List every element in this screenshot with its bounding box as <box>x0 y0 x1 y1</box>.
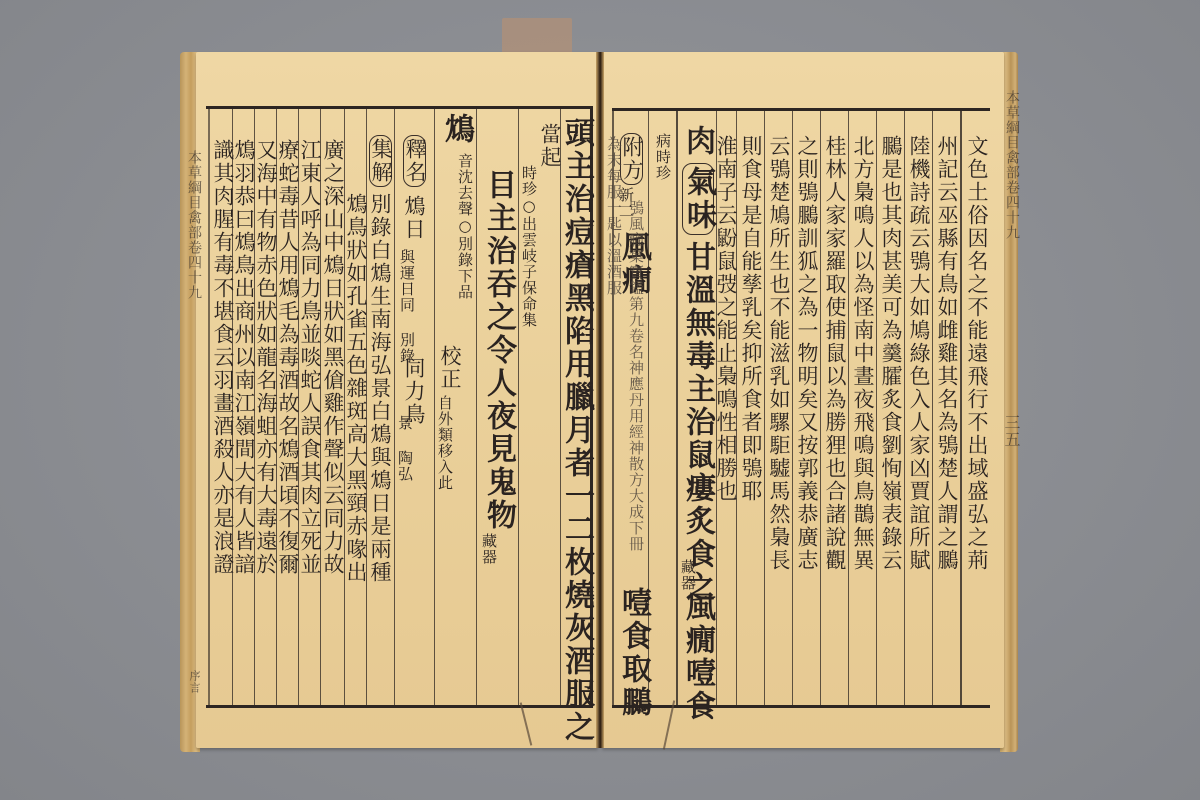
column-r8: 云鴞楚鳩所生也不能滋乳如騾駏驉馬然梟長 <box>764 111 793 705</box>
column-note: 自外類移入此 <box>437 395 452 491</box>
column-text: 噎食取鵩 <box>618 587 648 719</box>
left-footer-mark: 序言 <box>186 670 202 694</box>
column-note: 景 陶弘 <box>397 415 412 482</box>
column-text: 當起 <box>539 123 560 169</box>
column-r4: 鵩是也其肉甚美可為羹臛炙食劉恂嶺表錄云 <box>876 111 905 705</box>
column-text: 為末每服一匙以溫酒服 <box>606 136 621 296</box>
column-note: 音沈去聲○別錄下品 <box>457 153 472 300</box>
column-9: 江東人呼為同力鳥並啖蛇人誤食其肉立死並 <box>298 109 321 705</box>
column-r10: 淮南子云鼢鼠弢之能止梟鳴性相勝也 <box>716 111 737 705</box>
column-13: 識其肉腥有毒不堪食云羽畫酒殺人亦是浪證 <box>208 109 234 705</box>
entry-heading-zhen: 鴆 <box>441 113 471 146</box>
book-gutter <box>596 52 604 748</box>
left-page-text-frame: 頭主治痘瘡黑陷用臘月者一二枚燒灰酒服之 當起 時珍○出雲岐子保命集 目主治吞之令… <box>206 106 593 708</box>
right-margin-banner: 本草綱目禽部卷四十九 <box>1002 90 1022 330</box>
column-text: 鴞風癇窠寶鑑第九卷名神應丹用經神散方大成下冊 <box>628 200 643 552</box>
column-text: 文色土俗因名之不能遠飛行不出域盛弘之荊 <box>966 135 987 572</box>
column-text: 鴆日 <box>403 195 424 241</box>
column-3: 目主治吞之令人夜見鬼物 藏器 <box>476 109 519 705</box>
fufang-label: 附方 <box>620 133 643 185</box>
column-r1: 文色土俗因名之不能遠飛行不出域盛弘之荊 <box>960 111 992 705</box>
jijie-label: 集解 <box>369 135 392 187</box>
column-text: 廣之深山中鴆日狀如黑傖雞作聲似云同力故 <box>322 139 343 576</box>
column-r5: 北方梟鳴人以為怪南中晝夜飛鳴與鳥鵲無異 <box>848 111 877 705</box>
column-text: 北方梟鳴人以為怪南中晝夜飛鳴與鳥鵲無異 <box>852 135 873 572</box>
column-text: 則食母是自能孳乳矣抑所食者即鴞耶 <box>740 135 761 503</box>
column-text: 頭主治痘瘡黑陷用臘月者一二枚燒灰酒服之 <box>561 117 591 744</box>
column-7: 鴆鳥狀如孔雀五色雜斑高大黑頸赤喙出 <box>344 109 367 705</box>
column-1: 頭主治痘瘡黑陷用臘月者一二枚燒灰酒服之 <box>560 109 591 705</box>
column-text: 鵩是也其肉甚美可為羹臛炙食劉恂嶺表錄云 <box>880 135 901 572</box>
column-r3: 陸機詩疏云鴞大如鳩綠色入人家凶賈誼所賦 <box>904 111 933 705</box>
column-note: 與運日同 別錄 <box>399 249 414 364</box>
column-text: 鴆羽恭曰鴆鳥出商州以南江嶺間大有人皆諳 <box>233 139 254 576</box>
column-r6: 桂林人家家羅取使捕鼠以為勝狸也合諸說觀 <box>820 111 849 705</box>
column-text: 目主治吞之令人夜見鬼物 <box>483 169 513 532</box>
column-r7: 之則鴞鵩訓狐之為一物明矣又按郭義恭廣志 <box>792 111 821 705</box>
column-11: 又海中有物赤色狀如龍名海蛆亦有大毒遠於 <box>254 109 277 705</box>
column-r12: 病時珍 <box>648 111 677 705</box>
column-6: 集解 別錄白鴆生南海弘景白鴆與鴆日是兩種 <box>366 109 395 705</box>
jiaozheng-label: 校正 <box>439 345 460 391</box>
column-2: 當起 時珍○出雲岐子保命集 <box>518 109 561 705</box>
column-r11: 肉 氣味 甘溫無毒主治鼠瘻炙食之 藏器 風癇噎食 <box>676 111 718 705</box>
right-page-text-frame: 文色土俗因名之不能遠飛行不出域盛弘之荊 州記云巫縣有鳥如雌雞其名為鴞楚人謂之鵩 … <box>612 108 990 708</box>
column-5: 釋名 鴆日 與運日同 別錄 同力鳥 景 陶弘 <box>394 109 435 705</box>
column-note: 藏器 <box>680 559 695 591</box>
column-10: 療蛇毒昔人用鴆毛為毒酒故名鴆酒頃不復爾 <box>276 109 299 705</box>
column-r2: 州記云巫縣有鳥如雌雞其名為鴞楚人謂之鵩 <box>932 111 961 705</box>
column-text: 又海中有物赤色狀如龍名海蛆亦有大毒遠於 <box>255 139 276 576</box>
column-4: 鴆 音沈去聲○別錄下品 校正 自外類移入此 <box>434 109 477 705</box>
left-margin-banner: 本草綱目禽部卷四十九 <box>184 150 204 650</box>
column-text: 病時珍 <box>655 133 670 181</box>
column-12: 鴆羽恭曰鴆鳥出商州以南江嶺間大有人皆諳 <box>232 109 255 705</box>
column-text: 鴆鳥狀如孔雀五色雜斑高大黑頸赤喙出 <box>345 193 366 584</box>
column-note: 時珍○出雲岐子保命集 <box>521 165 536 328</box>
page-number: 三五 <box>1000 414 1023 448</box>
column-text: 識其肉腥有毒不堪食云羽畫酒殺人亦是浪證 <box>212 139 233 576</box>
collector-seal <box>502 18 572 54</box>
column-text: 甘溫無毒主治鼠瘻炙食之 <box>682 241 712 604</box>
column-text: 淮南子云鼢鼠弢之能止梟鳴性相勝也 <box>715 135 736 503</box>
entry-heading-meat: 肉 <box>682 125 712 158</box>
column-text: 別錄白鴆生南海弘景白鴆與鴆日是兩種 <box>369 193 390 584</box>
column-text: 風癇噎食 <box>682 591 712 723</box>
column-text: 州記云巫縣有鳥如雌雞其名為鴞楚人謂之鵩 <box>936 135 957 572</box>
column-text: 江東人呼為同力鳥並啖蛇人誤食其肉立死並 <box>299 139 320 576</box>
column-text: 云鴞楚鳩所生也不能滋乳如騾駏驉馬然梟長 <box>768 135 789 572</box>
column-text: 桂林人家家羅取使捕鼠以為勝狸也合諸說觀 <box>824 135 845 572</box>
column-text: 療蛇毒昔人用鴆毛為毒酒故名鴆酒頃不復爾 <box>277 139 298 576</box>
column-8: 廣之深山中鴆日狀如黑傖雞作聲似云同力故 <box>320 109 345 705</box>
shiming-label: 釋名 <box>403 135 426 187</box>
column-note: 藏器 <box>481 533 496 565</box>
qiwei-label: 氣味 <box>682 163 714 235</box>
column-text: 陸機詩疏云鴞大如鳩綠色入人家凶賈誼所賦 <box>908 135 929 572</box>
column-r9: 則食母是自能孳乳矣抑所食者即鴞耶 <box>736 111 765 705</box>
column-text: 之則鴞鵩訓狐之為一物明矣又按郭義恭廣志 <box>796 135 817 572</box>
